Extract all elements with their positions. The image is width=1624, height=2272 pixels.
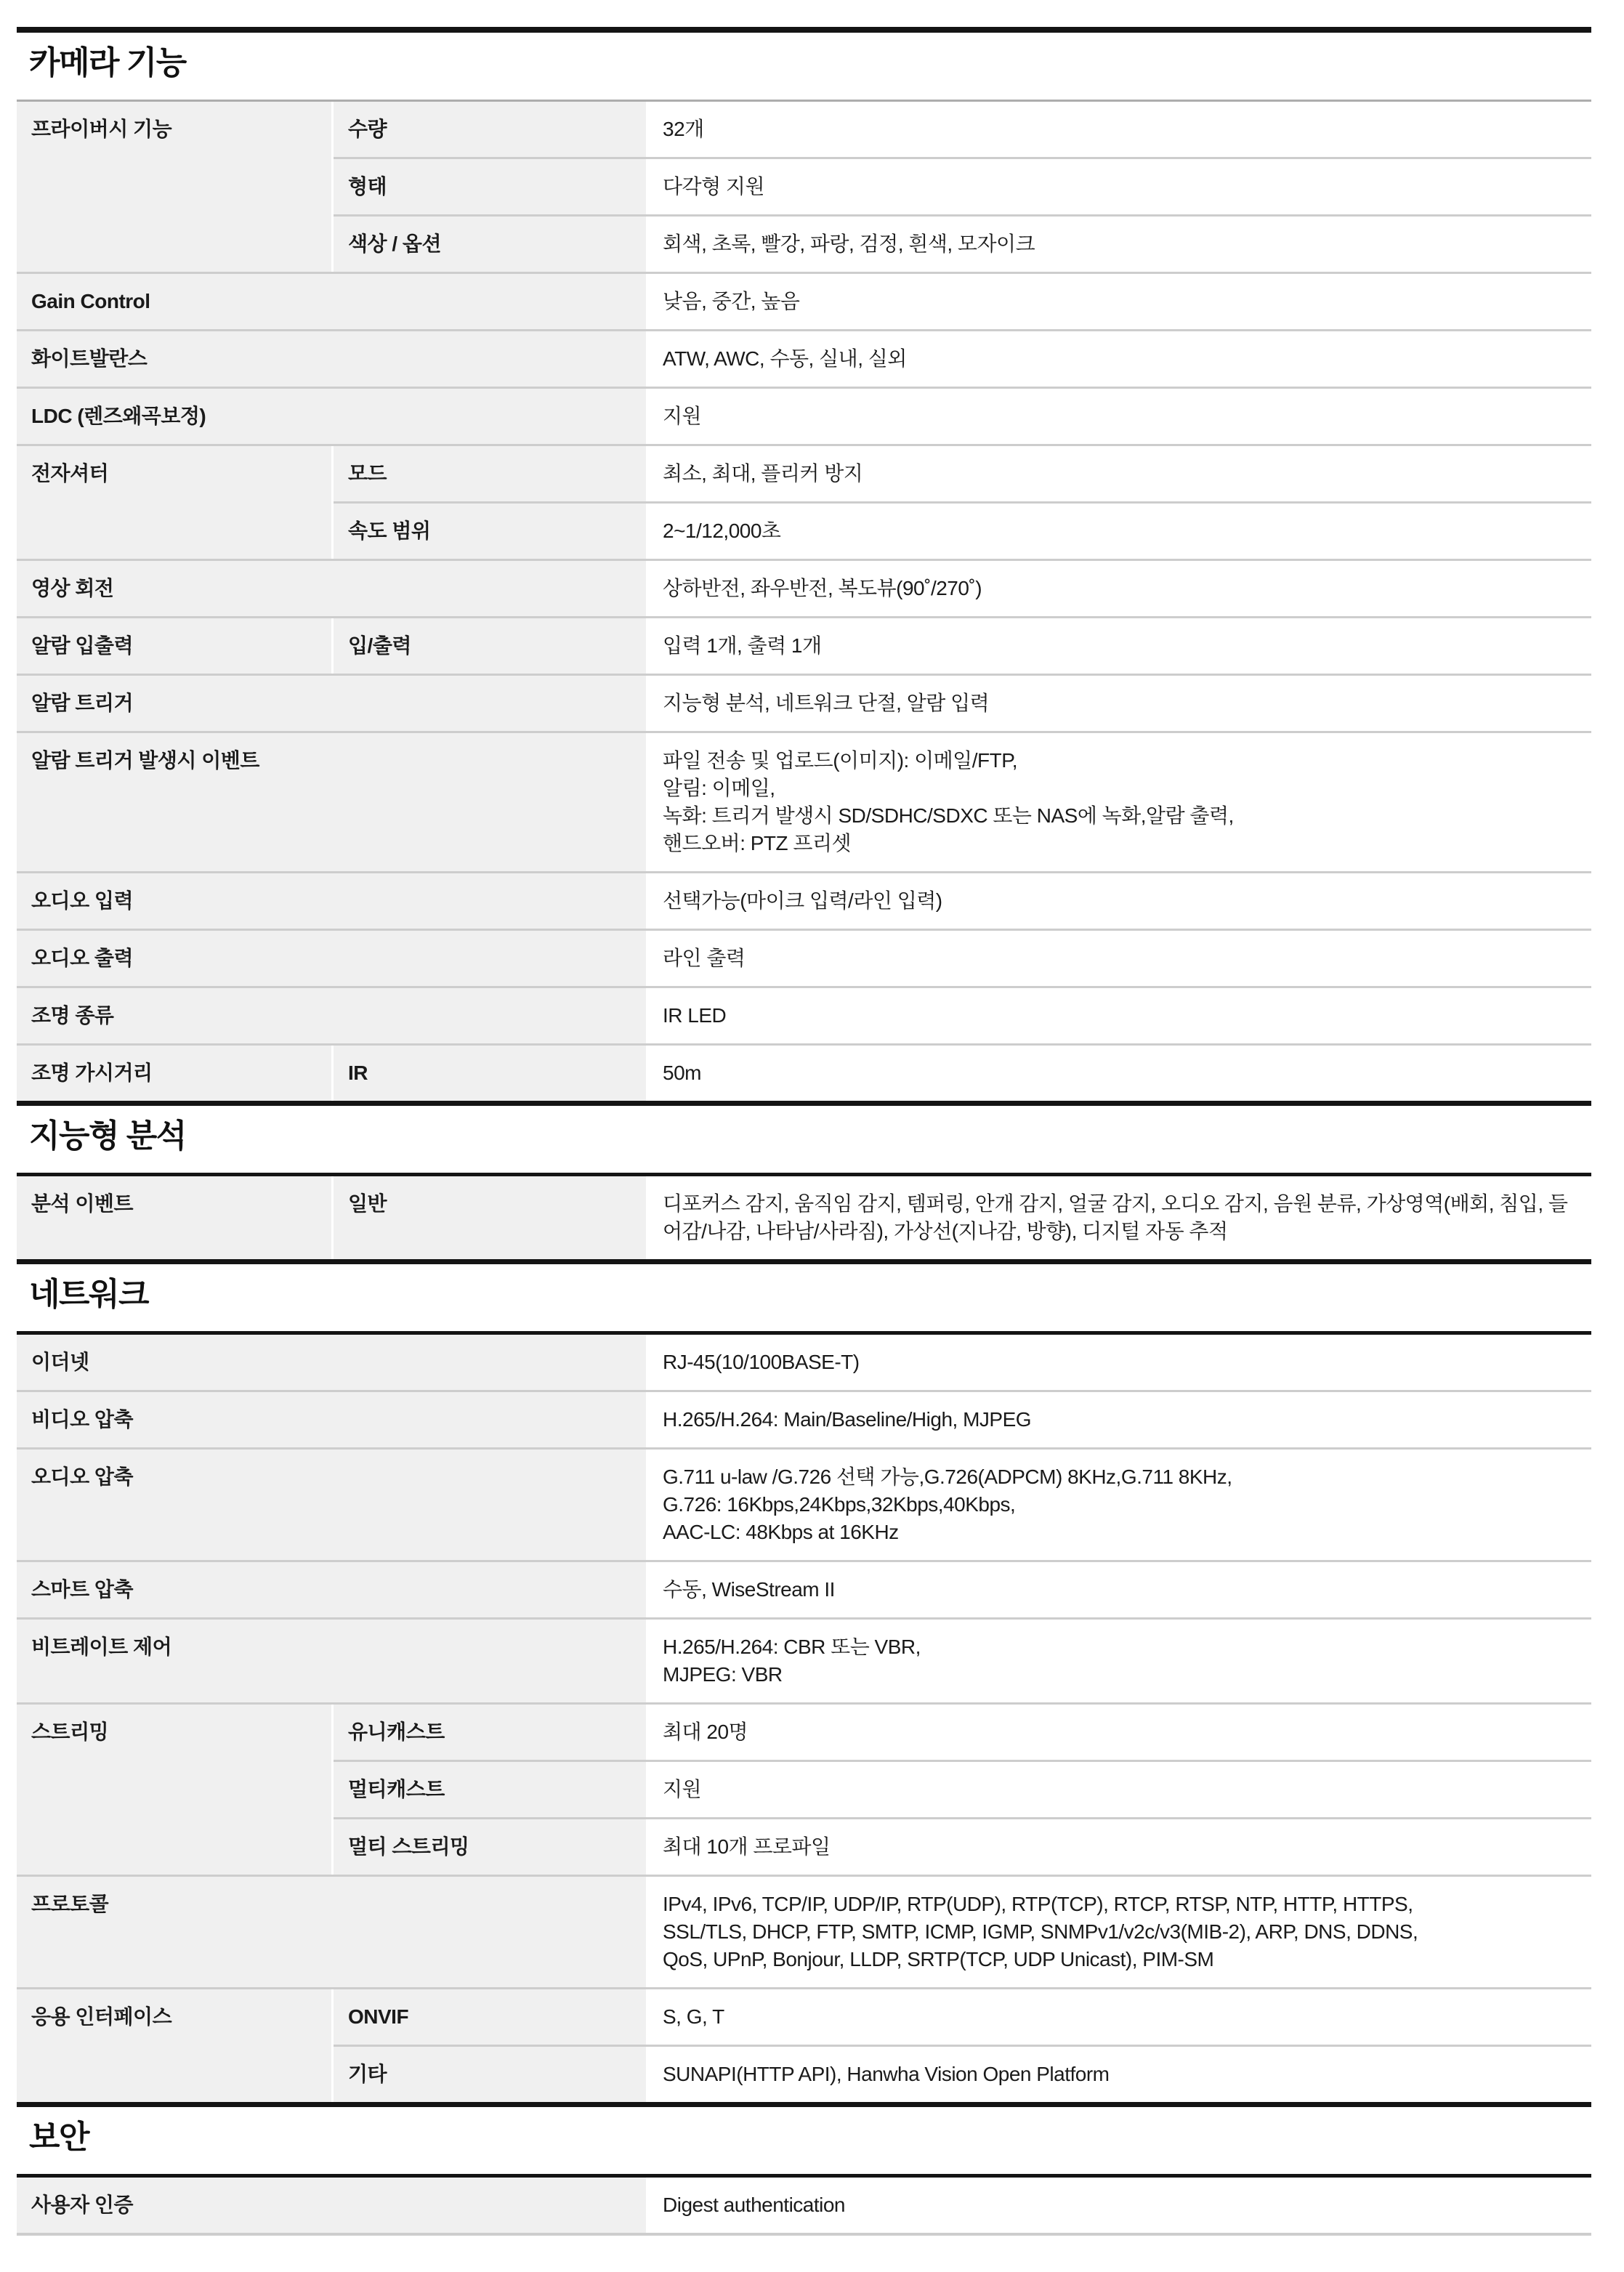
group-rows: Digest authentication (648, 2178, 1591, 2233)
group-rows: ATW, AWC, 수동, 실내, 실외 (648, 331, 1591, 387)
value-cell: 32개 (648, 102, 1591, 157)
spec-row: IR50m (334, 1046, 1591, 1101)
spec-row: Digest authentication (648, 2178, 1591, 2233)
spec-table: 사용자 인증Digest authentication (17, 2174, 1591, 2236)
spec-group: 분석 이벤트일반디포커스 감지, 움직임 감지, 템퍼링, 안개 감지, 얼굴 … (17, 1176, 1591, 1259)
spec-row: 라인 출력 (648, 931, 1591, 986)
spec-group: 응용 인터페이스ONVIFS, G, T기타SUNAPI(HTTP API), … (17, 1987, 1591, 2102)
spec-row: 유니캐스트최대 20명 (334, 1705, 1591, 1760)
spec-row: ATW, AWC, 수동, 실내, 실외 (648, 331, 1591, 387)
value-cell: 상하반전, 좌우반전, 복도뷰(90˚/270˚) (648, 561, 1591, 616)
spec-section: 지능형 분석분석 이벤트일반디포커스 감지, 움직임 감지, 템퍼링, 안개 감… (17, 1117, 1591, 1264)
spec-sheet-page: 카메라 기능프라이버시 기능수량32개형태다각형 지원색상 / 옵션회색, 초록… (17, 0, 1591, 2272)
row-label: 응용 인터페이스 (17, 1989, 331, 2102)
sub-label: 속도 범위 (334, 504, 646, 559)
group-rows: 낮음, 중간, 높음 (648, 274, 1591, 329)
spec-group: 스마트 압축수동, WiseStream II (17, 1560, 1591, 1617)
group-rows: 선택가능(마이크 입력/라인 입력) (648, 873, 1591, 929)
row-label: 비디오 압축 (17, 1392, 646, 1447)
spec-table: 분석 이벤트일반디포커스 감지, 움직임 감지, 템퍼링, 안개 감지, 얼굴 … (17, 1173, 1591, 1264)
value-cell: Digest authentication (648, 2178, 1591, 2233)
value-cell: 낮음, 중간, 높음 (648, 274, 1591, 329)
group-rows: 파일 전송 및 업로드(이미지): 이메일/FTP, 알림: 이메일, 녹화: … (648, 733, 1591, 871)
value-cell: 지능형 분석, 네트워크 단절, 알람 입력 (648, 676, 1591, 731)
row-label: 오디오 압축 (17, 1450, 646, 1560)
spec-row: H.265/H.264: CBR 또는 VBR, MJPEG: VBR (648, 1620, 1591, 1702)
spec-row: 멀티캐스트지원 (334, 1760, 1591, 1817)
group-rows: 수량32개형태다각형 지원색상 / 옵션회색, 초록, 빨강, 파랑, 검정, … (334, 102, 1591, 272)
value-cell: IPv4, IPv6, TCP/IP, UDP/IP, RTP(UDP), RT… (648, 1877, 1591, 1987)
spec-group: 전자셔터모드최소, 최대, 플리커 방지속도 범위2~1/12,000초 (17, 444, 1591, 559)
value-cell: 최대 10개 프로파일 (648, 1819, 1591, 1875)
value-cell: IR LED (648, 988, 1591, 1043)
spec-group: 알람 트리거지능형 분석, 네트워크 단절, 알람 입력 (17, 674, 1591, 731)
spec-group: 알람 입출력입/출력입력 1개, 출력 1개 (17, 616, 1591, 674)
spec-group: 사용자 인증Digest authentication (17, 2178, 1591, 2233)
row-label: 이더넷 (17, 1335, 646, 1390)
group-rows: H.265/H.264: Main/Baseline/High, MJPEG (648, 1392, 1591, 1447)
spec-row: 일반디포커스 감지, 움직임 감지, 템퍼링, 안개 감지, 얼굴 감지, 오디… (334, 1176, 1591, 1259)
row-label: 조명 가시거리 (17, 1046, 331, 1101)
page-top-rule (17, 27, 1591, 33)
spec-group: 이더넷RJ-45(10/100BASE-T) (17, 1335, 1591, 1390)
value-cell: S, G, T (648, 1989, 1591, 2045)
spec-group: 오디오 출력라인 출력 (17, 929, 1591, 986)
row-label: Gain Control (17, 274, 646, 329)
value-cell: 디포커스 감지, 움직임 감지, 템퍼링, 안개 감지, 얼굴 감지, 오디오 … (648, 1176, 1591, 1259)
spec-section: 네트워크이더넷RJ-45(10/100BASE-T)비디오 압축H.265/H.… (17, 1276, 1591, 2107)
spec-row: 낮음, 중간, 높음 (648, 274, 1591, 329)
group-rows: 지원 (648, 389, 1591, 444)
value-cell: 최소, 최대, 플리커 방지 (648, 446, 1591, 501)
spec-group: 오디오 압축G.711 u-law /G.726 선택 가능,G.726(ADP… (17, 1447, 1591, 1560)
row-label: 프라이버시 기능 (17, 102, 331, 272)
value-cell: 지원 (648, 1762, 1591, 1817)
spec-table: 프라이버시 기능수량32개형태다각형 지원색상 / 옵션회색, 초록, 빨강, … (17, 100, 1591, 1106)
spec-row: 멀티 스트리밍최대 10개 프로파일 (334, 1817, 1591, 1875)
group-rows: IR50m (334, 1046, 1591, 1101)
row-label: LDC (렌즈왜곡보정) (17, 389, 646, 444)
sub-label: 유니캐스트 (334, 1705, 646, 1760)
value-cell: 최대 20명 (648, 1705, 1591, 1760)
sub-label: 형태 (334, 159, 646, 214)
group-rows: 상하반전, 좌우반전, 복도뷰(90˚/270˚) (648, 561, 1591, 616)
group-rows: 유니캐스트최대 20명멀티캐스트지원멀티 스트리밍최대 10개 프로파일 (334, 1705, 1591, 1875)
group-rows: 입/출력입력 1개, 출력 1개 (334, 618, 1591, 674)
sub-label: ONVIF (334, 1989, 646, 2045)
spec-row: RJ-45(10/100BASE-T) (648, 1335, 1591, 1390)
spec-row: IR LED (648, 988, 1591, 1043)
value-cell: 파일 전송 및 업로드(이미지): 이메일/FTP, 알림: 이메일, 녹화: … (648, 733, 1591, 871)
value-cell: 50m (648, 1046, 1591, 1101)
row-label: 알람 입출력 (17, 618, 331, 674)
row-label: 사용자 인증 (17, 2178, 646, 2233)
spec-row: 파일 전송 및 업로드(이미지): 이메일/FTP, 알림: 이메일, 녹화: … (648, 733, 1591, 871)
sections-container: 카메라 기능프라이버시 기능수량32개형태다각형 지원색상 / 옵션회색, 초록… (17, 44, 1591, 2236)
value-cell: RJ-45(10/100BASE-T) (648, 1335, 1591, 1390)
sub-label: 기타 (334, 2047, 646, 2102)
row-label: 프로토콜 (17, 1877, 646, 1987)
spec-row: 색상 / 옵션회색, 초록, 빨강, 파랑, 검정, 흰색, 모자이크 (334, 214, 1591, 272)
sub-label: 입/출력 (334, 618, 646, 674)
spec-group: 프라이버시 기능수량32개형태다각형 지원색상 / 옵션회색, 초록, 빨강, … (17, 102, 1591, 272)
section-title: 네트워크 (17, 1276, 1591, 1314)
value-cell: ATW, AWC, 수동, 실내, 실외 (648, 331, 1591, 387)
value-cell: 입력 1개, 출력 1개 (648, 618, 1591, 674)
value-cell: 수동, WiseStream II (648, 1562, 1591, 1617)
spec-row: 지능형 분석, 네트워크 단절, 알람 입력 (648, 676, 1591, 731)
spec-group: 오디오 입력선택가능(마이크 입력/라인 입력) (17, 871, 1591, 929)
value-cell: 선택가능(마이크 입력/라인 입력) (648, 873, 1591, 929)
row-label: 오디오 입력 (17, 873, 646, 929)
spec-row: 입/출력입력 1개, 출력 1개 (334, 618, 1591, 674)
spec-table: 이더넷RJ-45(10/100BASE-T)비디오 압축H.265/H.264:… (17, 1331, 1591, 2107)
spec-row: 기타SUNAPI(HTTP API), Hanwha Vision Open P… (334, 2045, 1591, 2102)
row-label: 분석 이벤트 (17, 1176, 331, 1259)
value-cell: 다각형 지원 (648, 159, 1591, 214)
sub-label: IR (334, 1046, 646, 1101)
spec-row: 형태다각형 지원 (334, 157, 1591, 214)
sub-label: 색상 / 옵션 (334, 217, 646, 272)
spec-group: 프로토콜IPv4, IPv6, TCP/IP, UDP/IP, RTP(UDP)… (17, 1875, 1591, 1987)
section-title: 카메라 기능 (17, 44, 1591, 82)
group-rows: 지능형 분석, 네트워크 단절, 알람 입력 (648, 676, 1591, 731)
spec-section: 카메라 기능프라이버시 기능수량32개형태다각형 지원색상 / 옵션회색, 초록… (17, 44, 1591, 1106)
row-label: 스마트 압축 (17, 1562, 646, 1617)
value-cell: H.265/H.264: Main/Baseline/High, MJPEG (648, 1392, 1591, 1447)
row-label: 전자셔터 (17, 446, 331, 559)
group-rows: RJ-45(10/100BASE-T) (648, 1335, 1591, 1390)
spec-row: 지원 (648, 389, 1591, 444)
value-cell: 2~1/12,000초 (648, 504, 1591, 559)
value-cell: 라인 출력 (648, 931, 1591, 986)
row-label: 화이트발란스 (17, 331, 646, 387)
sub-label: 수량 (334, 102, 646, 157)
group-rows: IPv4, IPv6, TCP/IP, UDP/IP, RTP(UDP), RT… (648, 1877, 1591, 1987)
spec-row: ONVIFS, G, T (334, 1989, 1591, 2045)
spec-group: 조명 종류IR LED (17, 986, 1591, 1043)
row-label: 영상 회전 (17, 561, 646, 616)
spec-group: 알람 트리거 발생시 이벤트파일 전송 및 업로드(이미지): 이메일/FTP,… (17, 731, 1591, 871)
value-cell: 회색, 초록, 빨강, 파랑, 검정, 흰색, 모자이크 (648, 217, 1591, 272)
row-label: 조명 종류 (17, 988, 646, 1043)
sub-label: 일반 (334, 1176, 646, 1259)
group-rows: 라인 출력 (648, 931, 1591, 986)
spec-row: 상하반전, 좌우반전, 복도뷰(90˚/270˚) (648, 561, 1591, 616)
spec-row: 모드최소, 최대, 플리커 방지 (334, 446, 1591, 501)
spec-row: 수량32개 (334, 102, 1591, 157)
spec-section: 보안사용자 인증Digest authentication (17, 2119, 1591, 2236)
row-label: 알람 트리거 (17, 676, 646, 731)
sub-label: 멀티캐스트 (334, 1762, 646, 1817)
spec-row: 수동, WiseStream II (648, 1562, 1591, 1617)
group-rows: H.265/H.264: CBR 또는 VBR, MJPEG: VBR (648, 1620, 1591, 1702)
spec-row: 속도 범위2~1/12,000초 (334, 501, 1591, 559)
spec-group: LDC (렌즈왜곡보정)지원 (17, 387, 1591, 444)
spec-group: 조명 가시거리IR50m (17, 1043, 1591, 1101)
row-label: 오디오 출력 (17, 931, 646, 986)
section-title: 보안 (17, 2119, 1591, 2156)
spec-row: H.265/H.264: Main/Baseline/High, MJPEG (648, 1392, 1591, 1447)
spec-group: 스트리밍유니캐스트최대 20명멀티캐스트지원멀티 스트리밍최대 10개 프로파일 (17, 1702, 1591, 1875)
spec-group: 비디오 압축H.265/H.264: Main/Baseline/High, M… (17, 1390, 1591, 1447)
spec-group: Gain Control낮음, 중간, 높음 (17, 272, 1591, 329)
row-label: 스트리밍 (17, 1705, 331, 1875)
sub-label: 멀티 스트리밍 (334, 1819, 646, 1875)
row-label: 알람 트리거 발생시 이벤트 (17, 733, 646, 871)
spec-row: 선택가능(마이크 입력/라인 입력) (648, 873, 1591, 929)
spec-group: 영상 회전상하반전, 좌우반전, 복도뷰(90˚/270˚) (17, 559, 1591, 616)
value-cell: G.711 u-law /G.726 선택 가능,G.726(ADPCM) 8K… (648, 1450, 1591, 1560)
group-rows: ONVIFS, G, T기타SUNAPI(HTTP API), Hanwha V… (334, 1989, 1591, 2102)
value-cell: SUNAPI(HTTP API), Hanwha Vision Open Pla… (648, 2047, 1591, 2102)
section-title: 지능형 분석 (17, 1117, 1591, 1155)
spec-group: 비트레이트 제어H.265/H.264: CBR 또는 VBR, MJPEG: … (17, 1617, 1591, 1702)
group-rows: IR LED (648, 988, 1591, 1043)
spec-group: 화이트발란스ATW, AWC, 수동, 실내, 실외 (17, 329, 1591, 387)
group-rows: 수동, WiseStream II (648, 1562, 1591, 1617)
value-cell: H.265/H.264: CBR 또는 VBR, MJPEG: VBR (648, 1620, 1591, 1702)
sub-label: 모드 (334, 446, 646, 501)
group-rows: G.711 u-law /G.726 선택 가능,G.726(ADPCM) 8K… (648, 1450, 1591, 1560)
group-rows: 일반디포커스 감지, 움직임 감지, 템퍼링, 안개 감지, 얼굴 감지, 오디… (334, 1176, 1591, 1259)
group-rows: 모드최소, 최대, 플리커 방지속도 범위2~1/12,000초 (334, 446, 1591, 559)
row-label: 비트레이트 제어 (17, 1620, 646, 1702)
spec-row: IPv4, IPv6, TCP/IP, UDP/IP, RTP(UDP), RT… (648, 1877, 1591, 1987)
spec-row: G.711 u-law /G.726 선택 가능,G.726(ADPCM) 8K… (648, 1450, 1591, 1560)
value-cell: 지원 (648, 389, 1591, 444)
